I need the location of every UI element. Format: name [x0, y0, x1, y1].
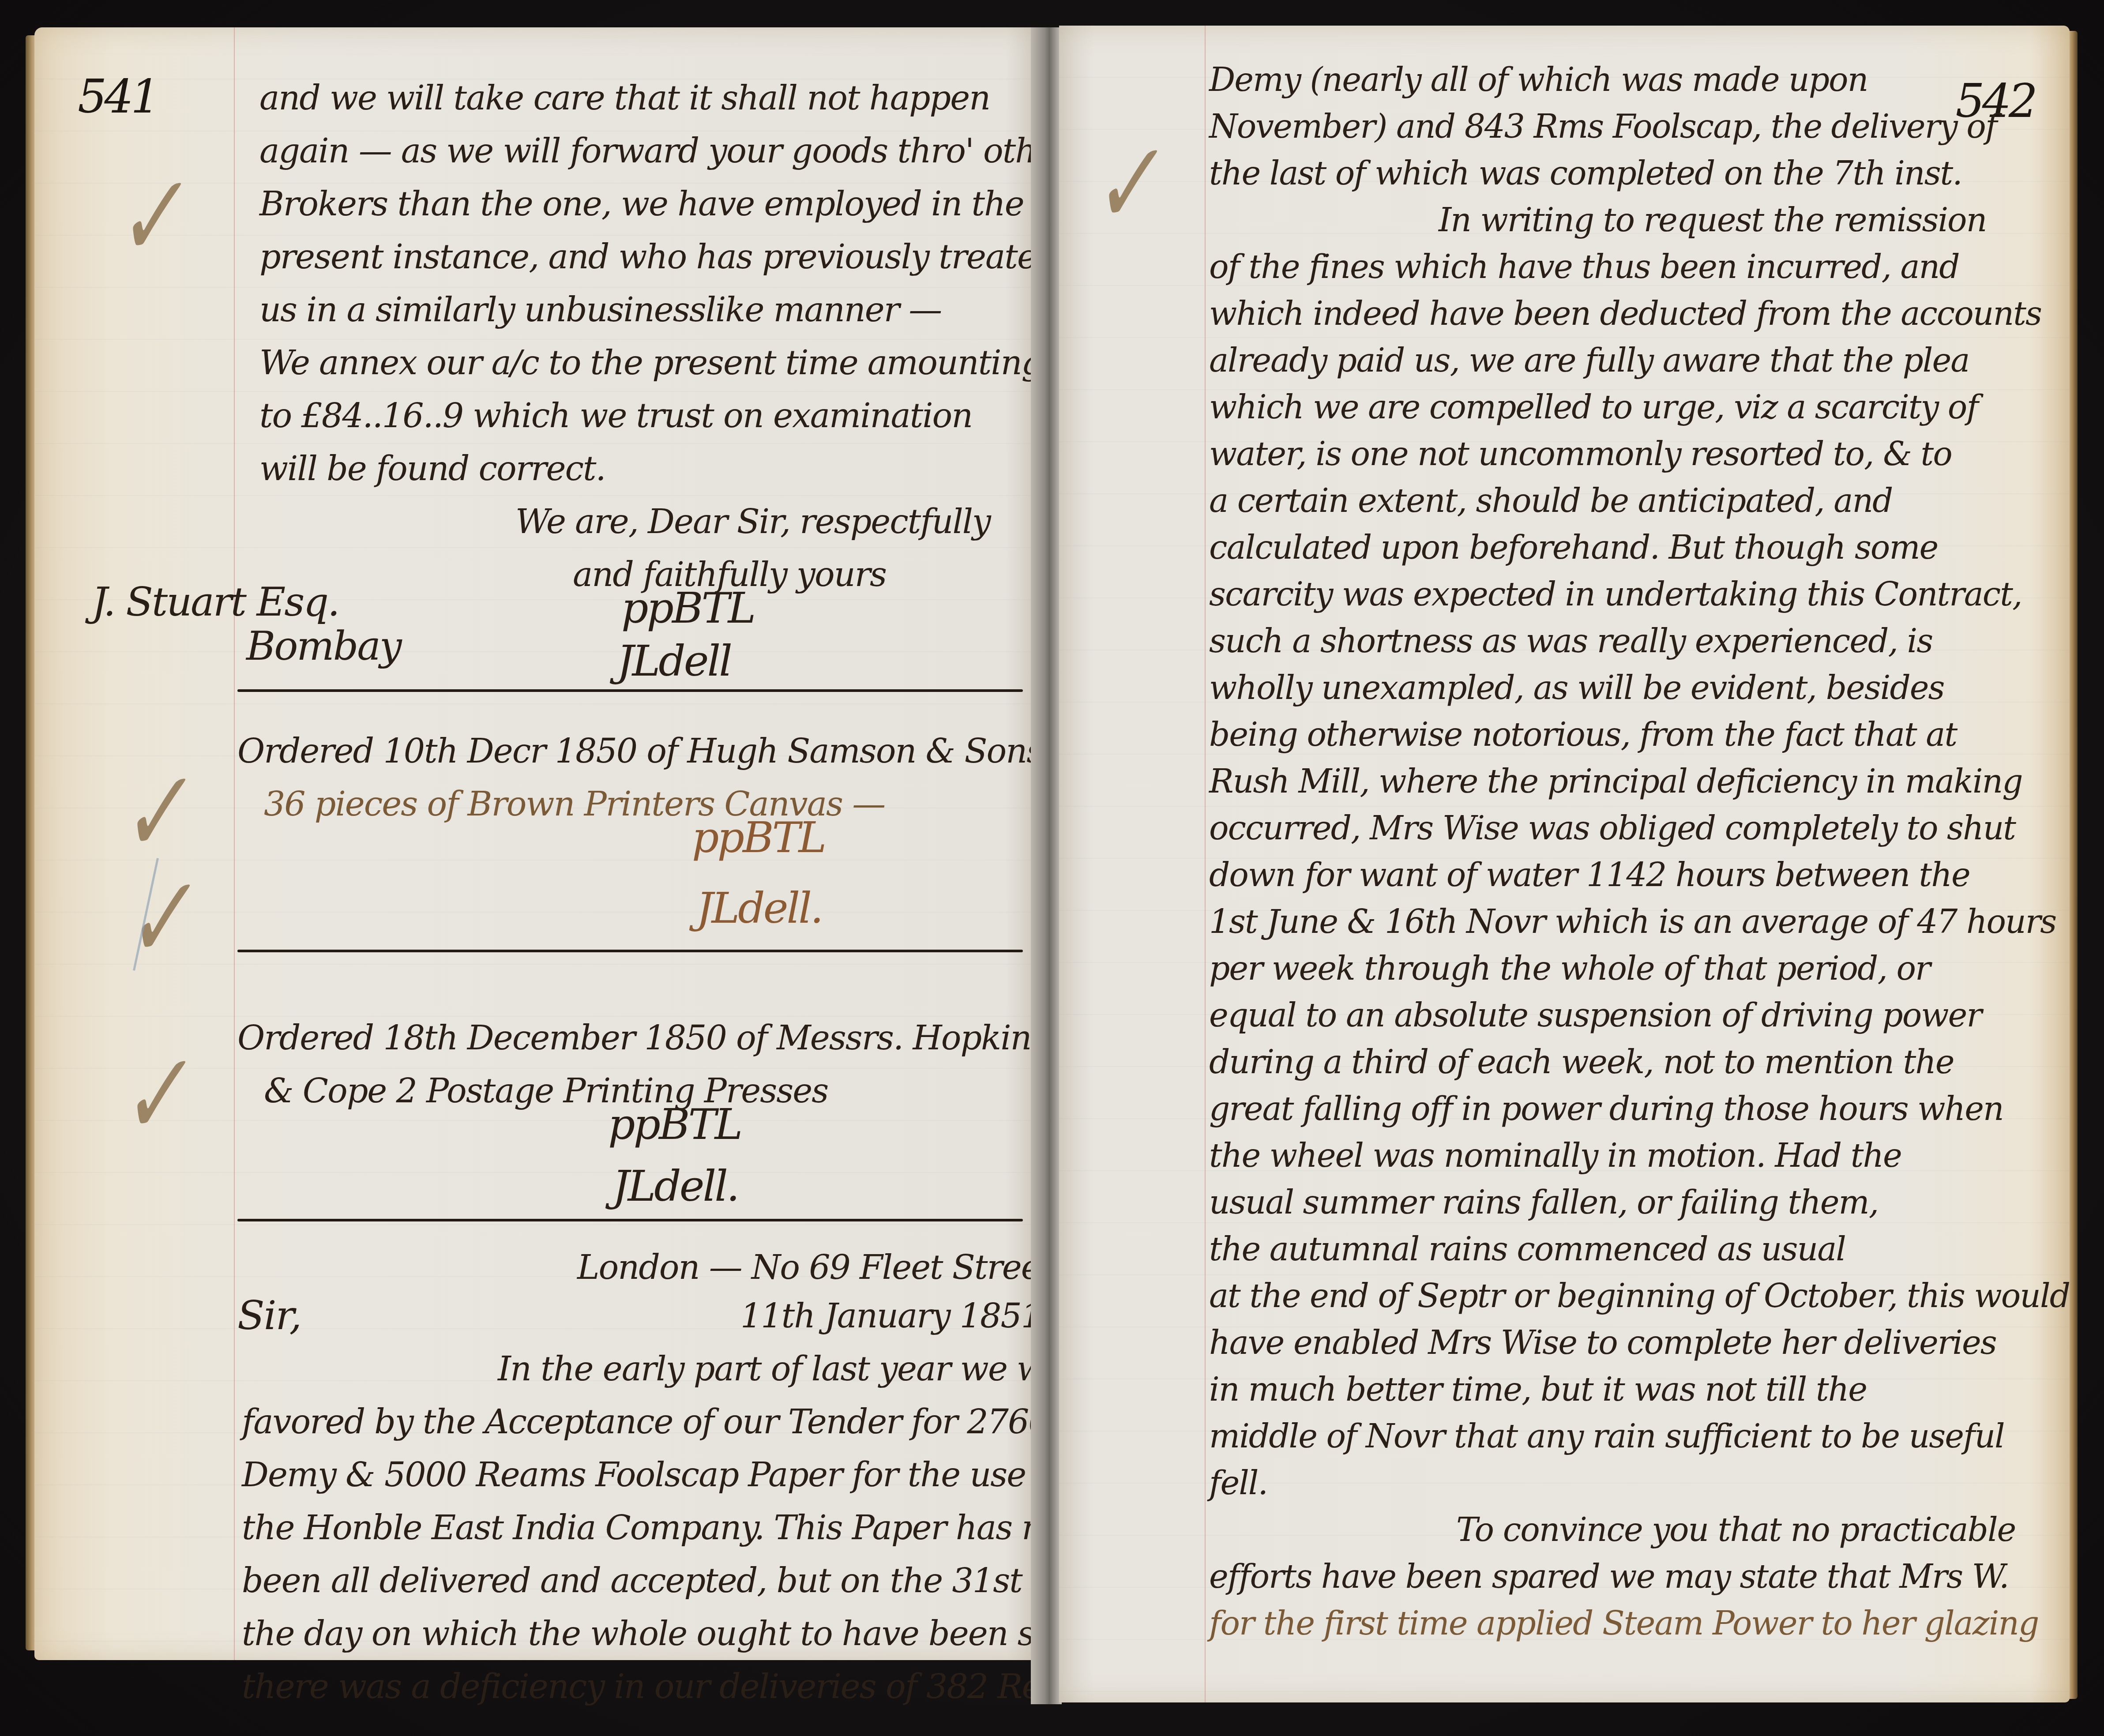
text-line: such a shortness as was really experienc…: [1209, 618, 2070, 665]
text-line: Rush Mill, where the principal deficienc…: [1209, 758, 2070, 805]
text-line: occurred, Mrs Wise was obliged completel…: [1209, 805, 2070, 852]
signature-per-pro: ppBTL: [692, 813, 825, 862]
letter-body-continued: Demy (nearly all of which was made upon …: [1209, 56, 2070, 1647]
text-line: per week through the whole of that perio…: [1209, 945, 2070, 992]
letter-body: In the early part of last year we were f…: [242, 1342, 1168, 1713]
text-line: down for want of water 1142 hours betwee…: [1209, 852, 2070, 898]
order-entry-1: Ordered 10th Decr 1850 of Hugh Samson & …: [237, 725, 1043, 830]
text-line: will be found correct.: [259, 442, 1070, 495]
text-line: the last of which was completed on the 7…: [1209, 150, 2070, 197]
text-line: fell.: [1209, 1460, 2070, 1507]
checkmark-icon: ✓: [113, 1029, 194, 1161]
text-line: In the early part of last year we were: [242, 1342, 1168, 1395]
text-line: Brokers than the one, we have employed i…: [259, 177, 1070, 230]
text-line: calculated upon beforehand. But though s…: [1209, 524, 2070, 571]
section-divider: [237, 1219, 1023, 1221]
text-line: there was a deficiency in our deliveries…: [242, 1660, 1168, 1713]
text-line: already paid us, we are fully aware that…: [1209, 337, 2070, 384]
text-line: wholly unexampled, as will be evident, b…: [1209, 665, 2070, 711]
signature-per-pro: ppBTL: [621, 583, 754, 633]
closing-line: We are, Dear Sir, respectfully: [515, 495, 990, 548]
margin-rule: [234, 27, 235, 1660]
margin-rule: [1205, 26, 1206, 1702]
text-line: To convince you that no practicable: [1209, 1507, 2070, 1553]
text-line: and we will take care that it shall not …: [259, 71, 1070, 124]
letter-address: London — No 69 Fleet Street: [577, 1241, 1052, 1294]
text-line: to £84..16..9 which we trust on examinat…: [259, 389, 1070, 442]
book-gutter: [1031, 27, 1062, 1704]
right-page: 542 ✓ Demy (nearly all of which was made…: [1059, 26, 2070, 1702]
text-line: Demy & 5000 Reams Foolscap Paper for the…: [242, 1448, 1168, 1501]
addressee-place: Bombay: [246, 623, 401, 669]
text-line: November) and 843 Rms Foolscap, the deli…: [1209, 103, 2070, 150]
text-line: again — as we will forward your goods th…: [259, 124, 1070, 177]
text-line: water, is one not uncommonly resorted to…: [1209, 431, 2070, 477]
text-line: scarcity was expected in undertaking thi…: [1209, 571, 2070, 618]
section-divider: [237, 689, 1023, 692]
text-line: the Honble East India Company. This Pape…: [242, 1501, 1168, 1554]
signature: JLdell: [617, 636, 731, 686]
text-line: We annex our a/c to the present time amo…: [259, 336, 1070, 389]
text-line: favored by the Acceptance of our Tender …: [242, 1395, 1168, 1448]
text-line: the autumnal rains commenced as usual: [1209, 1226, 2070, 1273]
checkmark-icon: ✓: [118, 853, 199, 984]
order-line: Ordered 18th December 1850 of Messrs. Ho…: [237, 1011, 1087, 1064]
text-line: the day on which the whole ought to have…: [242, 1607, 1168, 1660]
addressee-name: J. Stuart Esq.: [92, 579, 339, 625]
text-line: us in a similarly unbusinesslike manner …: [259, 283, 1070, 336]
checkmark-icon: ✓: [1085, 118, 1166, 250]
page-number: 541: [78, 70, 158, 124]
text-line: which we are compelled to urge, viz a sc…: [1209, 384, 2070, 431]
text-line: the wheel was nominally in motion. Had t…: [1209, 1132, 2070, 1179]
text-line: 1st June & 16th Novr which is an average…: [1209, 898, 2070, 945]
text-line: for the first time applied Steam Power t…: [1209, 1600, 2070, 1647]
text-line: In writing to request the remission: [1209, 197, 2070, 244]
text-line: at the end of Septr or beginning of Octo…: [1209, 1273, 2070, 1319]
signature-per-pro: ppBTL: [608, 1100, 741, 1149]
text-line: have enabled Mrs Wise to complete her de…: [1209, 1319, 2070, 1366]
text-line: of the fines which have thus been incurr…: [1209, 244, 2070, 290]
text-line: been all delivered and accepted, but on …: [242, 1554, 1168, 1607]
text-line: being otherwise notorious, from the fact…: [1209, 711, 2070, 758]
text-line: middle of Novr that any rain sufficient …: [1209, 1413, 2070, 1460]
order-line: Ordered 10th Decr 1850 of Hugh Samson & …: [237, 725, 1043, 778]
signature: JLdell.: [696, 883, 822, 933]
letter-salutation: Sir,: [237, 1289, 301, 1342]
checkmark-icon: ✓: [109, 151, 190, 283]
text-line: which indeed have been deducted from the…: [1209, 290, 2070, 337]
text-line: during a third of each week, not to ment…: [1209, 1039, 2070, 1086]
text-line: a certain extent, should be anticipated,…: [1209, 477, 2070, 524]
text-line: great falling off in power during those …: [1209, 1086, 2070, 1132]
text-line: Demy (nearly all of which was made upon: [1209, 56, 2070, 103]
letter-continuation: and we will take care that it shall not …: [259, 71, 1070, 495]
text-line: usual summer rains fallen, or failing th…: [1209, 1179, 2070, 1226]
signature: JLdell.: [612, 1161, 738, 1211]
text-line: present instance, and who has previously…: [259, 230, 1070, 283]
text-line: efforts have been spared we may state th…: [1209, 1553, 2070, 1600]
left-page: 541 ✓ ✓ ✓ ✓ and we will take care that i…: [34, 27, 1035, 1660]
text-line: equal to an absolute suspension of drivi…: [1209, 992, 2070, 1039]
letter-date: 11th January 1851: [740, 1289, 1041, 1342]
text-line: in much better time, but it was not till…: [1209, 1366, 2070, 1413]
section-divider: [237, 950, 1023, 952]
order-line: 36 pieces of Brown Printers Canvas —: [237, 778, 1043, 830]
